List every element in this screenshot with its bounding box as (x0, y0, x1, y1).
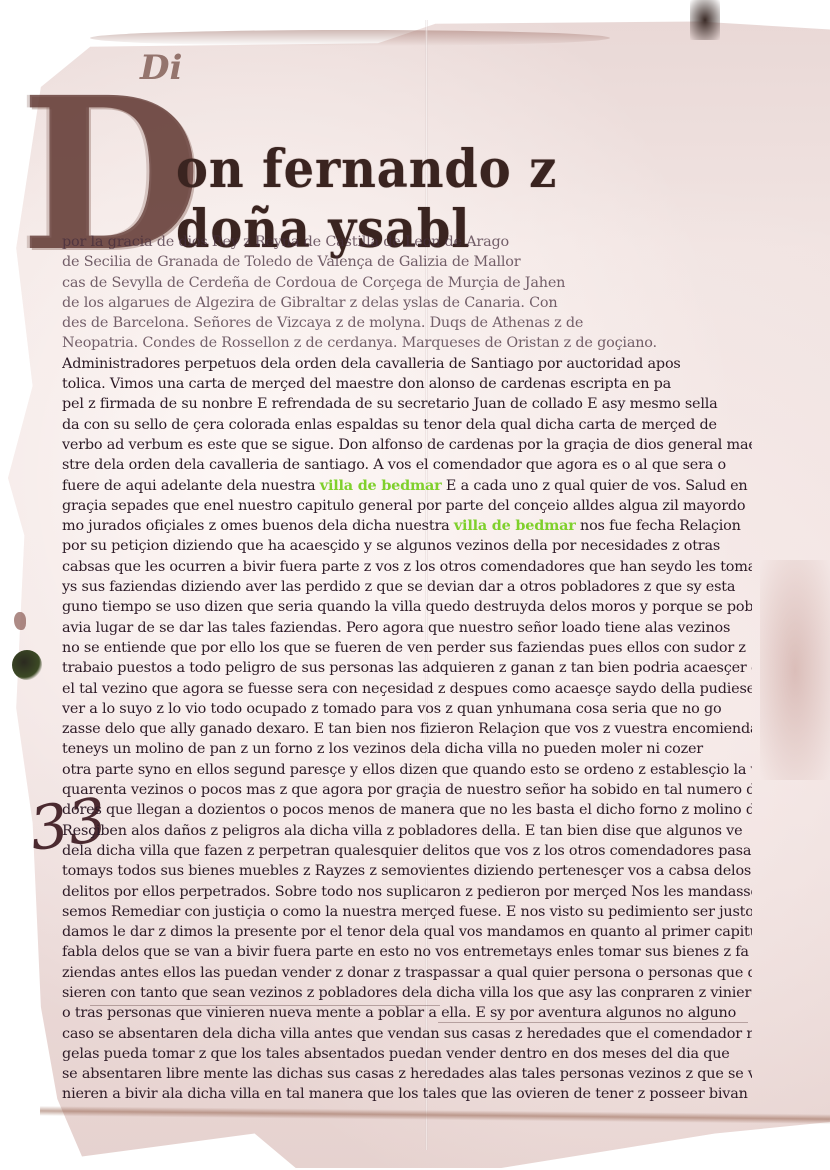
line-text: Neopatria. Condes de Rossellon z de cerd… (62, 335, 657, 351)
line-text: nieren a bivir ala dicha villa en tal ma… (62, 1086, 752, 1102)
line-text: E a cada uno z qual quier de vos. Salud … (442, 478, 748, 494)
line-text: cas de Sevylla de Cerdeña de Cordoua de … (62, 275, 565, 291)
worm-hole (14, 612, 26, 630)
manuscript-line: delitos por ellos perpetrados. Sobre tod… (62, 882, 752, 902)
line-text: tolica. Vimos una carta de merçed del ma… (62, 376, 671, 392)
line-text: de Secilia de Granada de Toledo de Valen… (62, 254, 520, 270)
manuscript-line: tolica. Vimos una carta de merçed del ma… (62, 374, 752, 394)
water-stain-right (760, 560, 830, 780)
manuscript-line: o tras personas que vinieren nueva mente… (62, 1003, 752, 1023)
manuscript-line: dela dicha villa que fazen z perpetran q… (62, 841, 752, 861)
manuscript-line: ys sus faziendas diziendo aver las perdi… (62, 577, 752, 597)
manuscript-line: pel z firmada de su nonbre E refrendada … (62, 394, 752, 414)
line-text: se absentaren libre mente las dichas sus… (62, 1066, 752, 1082)
manuscript-line: no se entiende que por ello los que se f… (62, 638, 752, 658)
line-text: avia lugar de se dar las tales faziendas… (62, 620, 730, 636)
manuscript-line: mo jurados ofiçiales z omes buenos dela … (62, 516, 752, 536)
line-text: gelas pueda tomar z que los tales absent… (62, 1046, 730, 1062)
line-text: pel z firmada de su nonbre E refrendada … (62, 396, 718, 412)
manuscript-line: avia lugar de se dar las tales faziendas… (62, 618, 752, 638)
manuscript-line: graçia sepades que enel nuestro capitulo… (62, 496, 752, 516)
manuscript-line: damos le dar z dimos la presente por el … (62, 922, 752, 942)
manuscript-line: zasse delo que ally ganado dexaro. E tan… (62, 719, 752, 739)
manuscript-line: de los algarues de Algezira de Gibraltar… (62, 293, 752, 313)
manuscript-line: dores que llegan a dozientos o pocos men… (62, 800, 752, 820)
manuscript-line: semos Remediar con justiçia o como la nu… (62, 902, 752, 922)
manuscript-line: verbo ad verbum es este que se sigue. Do… (62, 435, 752, 455)
line-text: graçia sepades que enel nuestro capitulo… (62, 498, 745, 514)
manuscript-line: cabsas que les ocurren a bivir fuera par… (62, 557, 752, 577)
line-text: caso se absentaren dela dicha villa ante… (62, 1026, 752, 1042)
manuscript-line: por la gracia de dios Rey z Reyna de Cas… (62, 232, 752, 252)
manuscript-line: el tal vezino que agora se fuesse sera c… (62, 679, 752, 699)
manuscript-line: nieren a bivir ala dicha villa en tal ma… (62, 1084, 752, 1104)
line-text: o tras personas que vinieren nueva mente… (62, 1005, 736, 1021)
line-text: zasse delo que ally ganado dexaro. E tan… (62, 721, 752, 737)
line-text: sieren con tanto que sean vezinos z pobl… (62, 985, 752, 1001)
line-text: ziendas antes ellos las puedan vender z … (62, 965, 752, 981)
manuscript-line: Administradores perpetuos dela orden del… (62, 354, 752, 374)
line-text: guno tiempo se uso dizen que seria quand… (62, 599, 752, 615)
line-text: dores que llegan a dozientos o pocos men… (62, 802, 752, 818)
manuscript-line: quarenta vezinos o pocos mas z que agora… (62, 780, 752, 800)
line-text: des de Barcelona. Señores de Vizcaya z d… (62, 315, 583, 331)
initial-flourish: Di (140, 48, 182, 88)
line-text: dela dicha villa que fazen z perpetran q… (62, 843, 752, 859)
line-text: verbo ad verbum es este que se sigue. Do… (62, 437, 752, 453)
ruling-line (438, 1022, 748, 1023)
manuscript-line: de Secilia de Granada de Toledo de Valen… (62, 252, 752, 272)
plant-fragment-icon (12, 650, 42, 680)
manuscript-body: por la gracia de dios Rey z Reyna de Cas… (62, 232, 752, 1105)
manuscript-line: ziendas antes ellos las puedan vender z … (62, 963, 752, 983)
manuscript-line: stre dela orden dela cavalleria de santi… (62, 455, 752, 475)
manuscript-line: ver a lo suyo z lo vio todo ocupado z to… (62, 699, 752, 719)
manuscript-line: gelas pueda tomar z que los tales absent… (62, 1044, 752, 1064)
manuscript-line: se absentaren libre mente las dichas sus… (62, 1064, 752, 1084)
manuscript-line: por su petiçion diziendo que ha acaesçid… (62, 536, 752, 556)
line-text: fabla delos que se van a bivir fuera par… (62, 944, 749, 960)
line-text: por la gracia de dios Rey z Reyna de Cas… (62, 234, 509, 250)
line-text: stre dela orden dela cavalleria de santi… (62, 457, 726, 473)
manuscript-line: teneys un molino de pan z un forno z los… (62, 739, 752, 759)
manuscript-line: Neopatria. Condes de Rossellon z de cerd… (62, 333, 752, 353)
line-text: semos Remediar con justiçia o como la nu… (62, 904, 752, 920)
line-text: ys sus faziendas diziendo aver las perdi… (62, 579, 735, 595)
line-text: por su petiçion diziendo que ha acaesçid… (62, 538, 720, 554)
line-text: trabaio puestos a todo peligro de sus pe… (62, 660, 752, 676)
line-text: tomays todos sus bienes muebles z Rayzes… (62, 863, 751, 879)
line-text: otra parte syno en ellos segund paresçe … (62, 762, 752, 778)
line-text: damos le dar z dimos la presente por el … (62, 924, 752, 940)
line-text: el tal vezino que agora se fuesse sera c… (62, 681, 752, 697)
manuscript-line: da con su sello de çera colorada enlas e… (62, 415, 752, 435)
line-text: fuere de aqui adelante dela nuestra (62, 478, 320, 494)
line-text: quarenta vezinos o pocos mas z que agora… (62, 782, 752, 798)
manuscript-line: guno tiempo se uso dizen que seria quand… (62, 597, 752, 617)
manuscript-line: fabla delos que se van a bivir fuera par… (62, 942, 752, 962)
line-text: cabsas que les ocurren a bivir fuera par… (62, 559, 752, 575)
highlighted-place-name: villa de bedmar (454, 517, 576, 534)
top-tear (690, 0, 720, 40)
line-text: nos fue fecha Relaçion (576, 518, 741, 534)
ruling-line (90, 1005, 440, 1006)
manuscript-line: fuere de aqui adelante dela nuestra vill… (62, 476, 752, 496)
manuscript-line: tomays todos sus bienes muebles z Rayzes… (62, 861, 752, 881)
line-text: de los algarues de Algezira de Gibraltar… (62, 295, 557, 311)
manuscript-line: cas de Sevylla de Cerdeña de Cordoua de … (62, 273, 752, 293)
line-text: ver a lo suyo z lo vio todo ocupado z to… (62, 701, 721, 717)
line-text: mo jurados ofiçiales z omes buenos dela … (62, 518, 454, 534)
manuscript-line: otra parte syno en ellos segund paresçe … (62, 760, 752, 780)
line-text: delitos por ellos perpetrados. Sobre tod… (62, 884, 752, 900)
line-text: no se entiende que por ello los que se f… (62, 640, 746, 656)
manuscript-line: Resçiben alos daños z peligros ala dicha… (62, 821, 752, 841)
manuscript-line: sieren con tanto que sean vezinos z pobl… (62, 983, 752, 1003)
manuscript-line: des de Barcelona. Señores de Vizcaya z d… (62, 313, 752, 333)
line-text: da con su sello de çera colorada enlas e… (62, 417, 717, 433)
line-text: teneys un molino de pan z un forno z los… (62, 741, 703, 757)
manuscript-line: trabaio puestos a todo peligro de sus pe… (62, 658, 752, 678)
highlighted-place-name: villa de bedmar (320, 477, 442, 494)
line-text: Resçiben alos daños z peligros ala dicha… (62, 823, 742, 839)
water-stain-top (90, 30, 610, 46)
line-text: Administradores perpetuos dela orden del… (62, 356, 681, 372)
manuscript-line: caso se absentaren dela dicha villa ante… (62, 1024, 752, 1044)
